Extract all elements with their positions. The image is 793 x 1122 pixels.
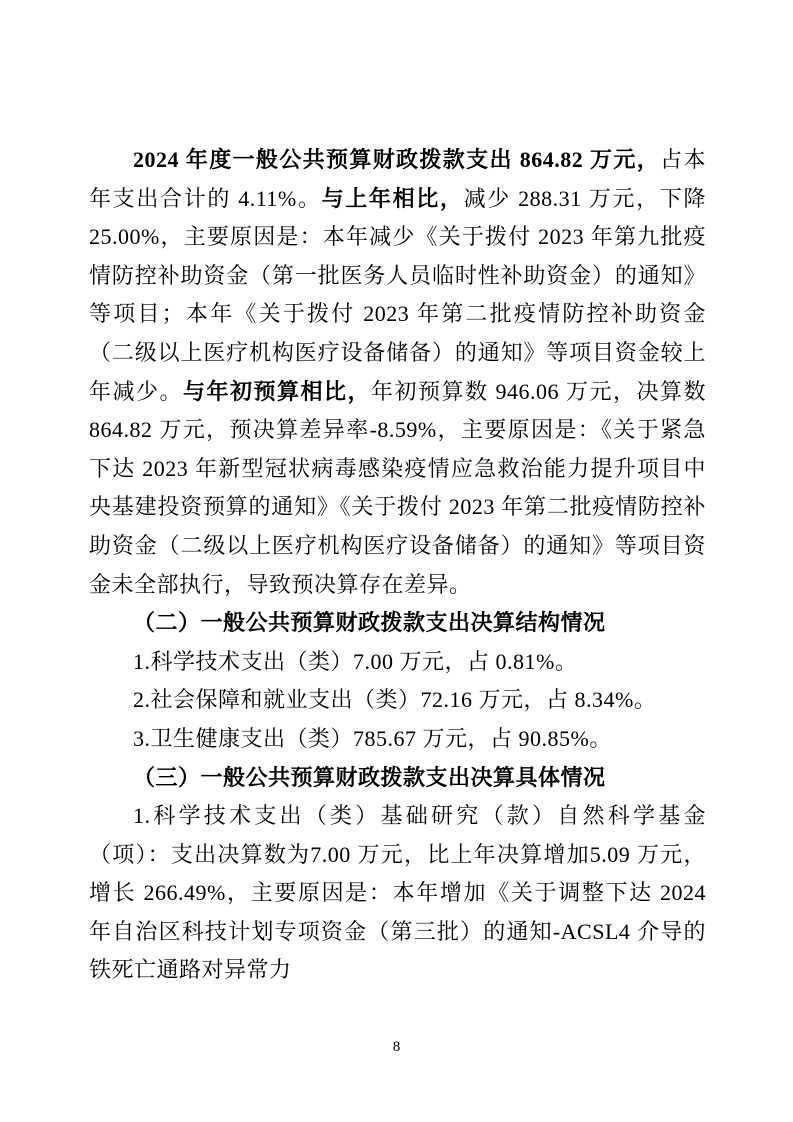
text-run: 1.科学技术支出（类）基础研究（款）自然科学基金（项）：支出决算数为7.00 万… [89,803,706,982]
para-budget-expenditure-overview: 2024 年度一般公共预算财政拨款支出 864.82 万元，占本年支出合计的 4… [89,141,706,604]
para-item-social-security: 2.社会保障和就业支出（类）72.16 万元，占 8.34%。 [89,681,706,720]
para-item-health: 3.卫生健康支出（类）785.67 万元，占 90.85%。 [89,720,706,759]
text-run: 减少 288.31 万元，下降 25.00%，主要原因是：本年减少《关于拨付 2… [89,186,706,404]
page-number: 8 [393,1039,401,1055]
bold-text-run: 2024 年度一般公共预算财政拨款支出 864.82 万元， [133,147,660,172]
heading-section-2-expenditure-structure: （二）一般公共预算财政拨款支出决算结构情况 [89,604,706,643]
text-run: 2.社会保障和就业支出（类）72.16 万元，占 8.34%。 [133,687,656,712]
page-footer: 8 [0,1038,793,1056]
text-run: 年初预算数 946.06 万元，决算数 864.82 万元，预决算差异率-8.5… [89,379,706,597]
text-run: 3.卫生健康支出（类）785.67 万元，占 90.85%。 [133,726,612,751]
document-body: 2024 年度一般公共预算财政拨款支出 864.82 万元，占本年支出合计的 4… [89,141,706,990]
document-page: 2024 年度一般公共预算财政拨款支出 864.82 万元，占本年支出合计的 4… [0,0,793,1122]
para-item-science-technology: 1.科学技术支出（类）7.00 万元，占 0.81%。 [89,643,706,682]
bold-text-run: 与上年相比， [322,186,464,211]
text-run: 1.科学技术支出（类）7.00 万元，占 0.81%。 [133,649,577,674]
para-detail-science-fund: 1.科学技术支出（类）基础研究（款）自然科学基金（项）：支出决算数为7.00 万… [89,797,706,990]
bold-text-run: 与年初预算相比， [183,379,371,404]
bold-text-run: （二）一般公共预算财政拨款支出决算结构情况 [133,610,606,635]
bold-text-run: （三）一般公共预算财政拨款支出决算具体情况 [133,765,606,790]
heading-section-3-expenditure-details: （三）一般公共预算财政拨款支出决算具体情况 [89,759,706,798]
